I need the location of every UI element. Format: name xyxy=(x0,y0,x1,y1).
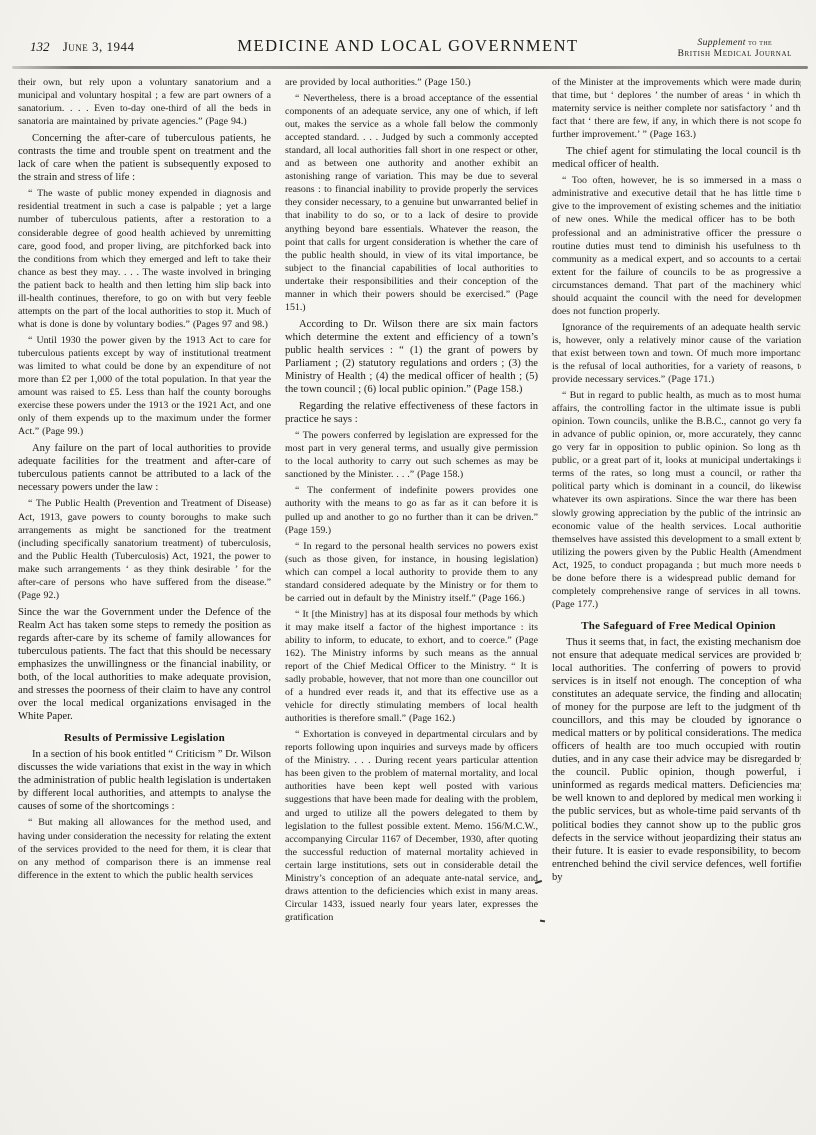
issue-date: June 3, 1944 xyxy=(63,39,135,54)
page-header: 132 June 3, 1944 MEDICINE AND LOCAL GOVE… xyxy=(0,36,816,66)
section-heading: Results of Permissive Legislation xyxy=(18,732,271,744)
paragraph: Concerning the after-care of tuberculous… xyxy=(18,132,271,184)
quote-paragraph: of the Minister at the improvements whic… xyxy=(552,76,801,141)
paragraph: According to Dr. Wilson there are six ma… xyxy=(285,318,538,396)
quote-paragraph: “ But making all allowances for the meth… xyxy=(18,816,271,881)
section-heading: The Safeguard of Free Medical Opinion xyxy=(552,620,801,632)
quote-paragraph: “ In regard to the personal health servi… xyxy=(285,540,538,605)
header-rule xyxy=(12,66,808,69)
supplement-line1: Supplement to the xyxy=(678,37,792,49)
quote-paragraph: “ The Public Health (Prevention and Trea… xyxy=(18,497,271,601)
supplement-line2: British Medical Journal xyxy=(678,49,792,60)
supplement-imprint: Supplement to the British Medical Journa… xyxy=(678,37,792,60)
paragraph: Regarding the relative effectiveness of … xyxy=(285,400,538,426)
paragraph: Since the war the Government under the D… xyxy=(18,606,271,723)
paragraph: Any failure on the part of local authori… xyxy=(18,442,271,494)
column-3: of the Minister at the improvements whic… xyxy=(552,76,801,1117)
quote-paragraph: “ Until 1930 the power given by the 1913… xyxy=(18,334,271,438)
quote-paragraph: “ The conferment of indefinite powers pr… xyxy=(285,484,538,536)
quote-paragraph: “ But in regard to public health, as muc… xyxy=(552,389,801,611)
quote-paragraph: “ Nevertheless, there is a broad accepta… xyxy=(285,92,538,314)
page-number: 132 xyxy=(30,39,50,54)
quote-paragraph: “ The powers conferred by legislation ar… xyxy=(285,429,538,481)
running-title: MEDICINE AND LOCAL GOVERNMENT xyxy=(237,36,578,56)
article-body: their own, but rely upon a voluntary san… xyxy=(18,76,801,1117)
column-1: their own, but rely upon a voluntary san… xyxy=(18,76,271,1117)
quote-paragraph: “ Exhortation is conveyed in departmenta… xyxy=(285,728,538,924)
journal-page-scan: { "header": { "page_number": "132", "dat… xyxy=(0,0,816,1135)
quote-paragraph: “ Too often, however, he is so immersed … xyxy=(552,174,801,318)
quote-paragraph: Ignorance of the requirements of an adeq… xyxy=(552,321,801,386)
quote-paragraph: are provided by local authorities.” (Pag… xyxy=(285,76,538,89)
paragraph: In a section of his book entitled “ Crit… xyxy=(18,748,271,813)
folio-line: 132 June 3, 1944 xyxy=(30,39,135,55)
quote-paragraph: their own, but rely upon a voluntary san… xyxy=(18,76,271,128)
quote-paragraph: “ It [the Ministry] has at its disposal … xyxy=(285,608,538,725)
paragraph: The chief agent for stimulating the loca… xyxy=(552,145,801,171)
column-2: are provided by local authorities.” (Pag… xyxy=(285,76,538,1117)
quote-paragraph: “ The waste of public money expended in … xyxy=(18,187,271,331)
paragraph: Thus it seems that, in fact, the existin… xyxy=(552,636,801,884)
